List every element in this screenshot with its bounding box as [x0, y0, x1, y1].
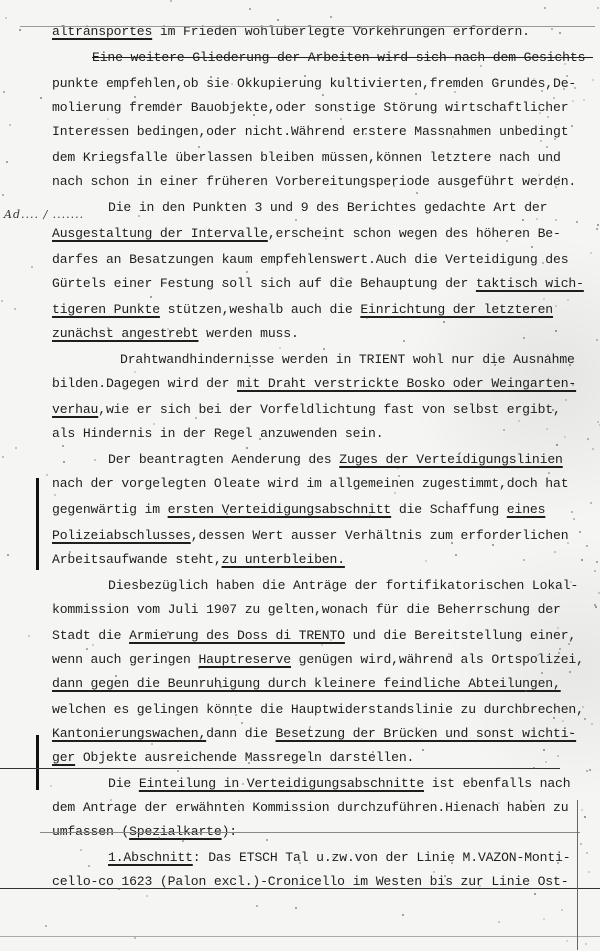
underlined-text: zu unterbleiben. [222, 552, 345, 567]
scan-speck [503, 429, 505, 431]
scan-speck [14, 308, 16, 310]
scan-speck [533, 78, 535, 80]
text-segment: und die Bereitstellung einer, [345, 628, 576, 643]
scan-speck [7, 554, 9, 556]
scan-speck [498, 921, 500, 923]
text-line: Interessen bedingen,oder nicht.Während e… [52, 124, 568, 140]
scan-speck [569, 364, 571, 366]
scan-speck [246, 447, 248, 449]
scan-speck [62, 445, 64, 447]
text-segment: Drahtwandhindernisse werden in TRIENT wo… [120, 352, 575, 367]
scan-speck [246, 271, 248, 273]
text-line: gegenwärtig im ersten Verteidigungsabsch… [52, 502, 545, 518]
scan-speck [265, 85, 267, 87]
scan-speck [559, 648, 561, 650]
scan-speck [531, 246, 533, 248]
scan-speck [596, 339, 598, 341]
scan-speck [523, 559, 525, 561]
scan-speck [421, 728, 423, 730]
text-line: molierung fremder Bauobjekte,oder sonsti… [52, 100, 568, 116]
scan-speck [451, 862, 453, 864]
scan-speck [295, 219, 297, 221]
scan-speck [597, 421, 599, 423]
scan-speck [581, 809, 583, 811]
scan-speck [558, 652, 560, 654]
underlined-text: ersten Verteidigungsabschnitt [168, 502, 392, 517]
scan-speck [92, 644, 94, 646]
text-segment: Arbeitsaufwande steht, [52, 552, 222, 567]
text-line: nach schon in einer früheren Vorbereitun… [52, 174, 576, 190]
scan-speck [394, 492, 396, 494]
text-line: Diesbezüglich haben die Anträge der fort… [108, 578, 578, 594]
text-line: Eine weitere Gliederung der Arbeiten wir… [92, 50, 593, 66]
scan-speck [559, 32, 561, 34]
document-page: altransportes im Frieden wohlüberlegte V… [0, 0, 600, 951]
scan-speck [543, 803, 545, 805]
scan-speck [82, 157, 84, 159]
scan-speck [238, 800, 240, 802]
scan-speck [584, 718, 586, 720]
scan-speck [580, 843, 582, 845]
scan-speck [63, 461, 65, 463]
scan-speck [545, 761, 547, 763]
scan-speck [534, 893, 536, 895]
scan-speck [277, 19, 279, 21]
scan-speck [594, 570, 596, 572]
scan-speck [541, 672, 543, 674]
scan-speck [573, 518, 575, 520]
scan-speck [433, 871, 435, 873]
text-line: Gürtels einer Festung soll sich auf die … [52, 276, 584, 292]
text-segment: ist ebenfalls nach [424, 776, 570, 791]
scan-speck [567, 542, 569, 544]
scan-speck [40, 97, 42, 99]
underlined-text: ger [52, 750, 75, 765]
scan-rule [40, 832, 580, 833]
scan-speck [587, 438, 589, 440]
scan-speck [557, 755, 559, 757]
scan-speck [195, 417, 197, 419]
text-line: Ausgestaltung der Intervalle,erscheint s… [52, 226, 561, 242]
scan-speck [256, 905, 258, 907]
scan-speck [451, 542, 453, 544]
handwritten-margin-note: Ad.... / ....... [4, 208, 84, 221]
scan-speck [31, 266, 33, 268]
scan-speck [539, 112, 541, 114]
scan-speck [330, 16, 332, 18]
scan-speck [1, 300, 3, 302]
text-segment: Die in den Punkten 3 und 9 des Berichtes… [108, 200, 547, 215]
scan-speck [525, 690, 527, 692]
underlined-text: eines [507, 502, 546, 517]
scan-speck [591, 723, 593, 725]
scan-speck [342, 278, 344, 280]
scan-speck [235, 714, 237, 716]
scan-rule [0, 768, 560, 769]
scan-speck [555, 219, 557, 221]
scan-speck [88, 865, 90, 867]
scan-speck [554, 138, 556, 140]
scan-speck [134, 371, 136, 373]
margin-bar [36, 735, 39, 790]
text-line: verhau,wie er sich bei der Vorfeldlichtu… [52, 402, 561, 418]
scan-speck [595, 606, 597, 608]
text-segment: Gürtels einer Festung soll sich auf die … [52, 276, 476, 291]
scan-speck [556, 444, 558, 446]
text-segment: dem Antrage der erwähnten Kommission dur… [52, 800, 568, 815]
scan-speck [588, 871, 590, 873]
scan-speck [592, 79, 594, 81]
scan-speck [150, 296, 152, 298]
underlined-text: Einrichtung der letzteren [360, 302, 553, 317]
scan-rule [20, 26, 595, 27]
scan-speck [583, 99, 585, 101]
text-segment: ,dessen Wert ausser Verhältnis zum erfor… [191, 528, 569, 543]
text-segment: darfes an Besatzungen kaum empfehlenswer… [52, 252, 568, 267]
text-line: Die in den Punkten 3 und 9 des Berichtes… [108, 200, 547, 216]
scan-speck [110, 799, 112, 801]
text-line: dann gegen die Beunruhigung durch kleine… [52, 676, 561, 692]
scan-speck [325, 238, 327, 240]
scan-speck [558, 176, 560, 178]
scan-speck [415, 93, 417, 95]
scan-speck [198, 146, 200, 148]
underlined-text: 1.Abschnitt [108, 850, 193, 865]
text-segment: nach schon in einer früheren Vorbereitun… [52, 174, 576, 189]
scan-speck [553, 97, 555, 99]
underlined-text: Ausgestaltung der Intervalle [52, 226, 268, 241]
scan-speck [69, 551, 71, 553]
scan-speck [546, 146, 548, 148]
scan-speck [570, 581, 572, 583]
scan-speck [52, 384, 54, 386]
scan-speck [425, 560, 427, 562]
text-segment: wenn auch geringen [52, 652, 198, 667]
text-line: Der beantragten Aenderung des Zuges der … [108, 452, 563, 468]
scan-speck [403, 340, 405, 342]
scan-speck [567, 299, 569, 301]
scan-speck [546, 428, 548, 430]
scan-speck [5, 17, 7, 19]
text-line: Kantonierungswachen,dann die Besetzung d… [52, 726, 576, 742]
scan-speck [592, 448, 594, 450]
scan-speck [249, 365, 251, 367]
scan-speck [94, 459, 96, 461]
scan-speck [402, 914, 404, 916]
scan-speck [579, 531, 581, 533]
text-segment: molierung fremder Bauobjekte,oder sonsti… [52, 100, 568, 115]
scan-speck [340, 118, 342, 120]
scan-speck [547, 116, 549, 118]
scan-speck [547, 707, 549, 709]
scan-speck [397, 467, 399, 469]
scan-speck [158, 837, 160, 839]
scan-speck [422, 749, 424, 751]
scan-speck [572, 100, 574, 102]
scan-speck [253, 114, 255, 116]
text-line: Arbeitsaufwande steht,zu unterbleiben. [52, 552, 345, 568]
scan-speck [80, 849, 82, 851]
underlined-text: Armierung des Doss di TRENTO [129, 628, 345, 643]
scan-speck [2, 194, 4, 196]
text-segment: Interessen bedingen,oder nicht.Während e… [52, 124, 568, 139]
scan-speck [548, 657, 550, 659]
text-segment: stützen,weshalb auch die [160, 302, 360, 317]
scan-speck [249, 8, 251, 10]
scan-speck [585, 943, 587, 945]
underlined-text: Hauptreserve [198, 652, 291, 667]
scan-rule [0, 936, 600, 937]
scan-speck [86, 648, 88, 650]
text-segment: Stadt die [52, 628, 129, 643]
scan-speck [536, 218, 538, 220]
scan-speck [586, 852, 588, 854]
underlined-text: verhau [52, 402, 98, 417]
text-line: tigeren Punkte stützen,weshalb auch die … [52, 302, 553, 318]
scan-speck [596, 561, 598, 563]
scan-speck [555, 305, 557, 307]
scan-speck [134, 937, 136, 939]
scan-speck [163, 562, 165, 564]
scan-speck [19, 29, 21, 31]
scan-speck [564, 436, 566, 438]
scan-speck [443, 321, 445, 323]
scan-speck [576, 221, 578, 223]
scan-speck [554, 551, 556, 553]
scan-speck [564, 63, 566, 65]
underlined-text: Einteilung in Verteidigungsabschnitte [139, 776, 424, 791]
scan-speck [3, 91, 5, 93]
scan-speck [590, 252, 592, 254]
text-segment: gegenwärtig im [52, 502, 168, 517]
text-segment: Objekte ausreichende Massregeln darstell… [75, 750, 414, 765]
scan-speck [177, 770, 179, 772]
text-line: dem Antrage der erwähnten Kommission dur… [52, 800, 568, 816]
scan-speck [557, 627, 559, 629]
scan-speck [589, 769, 591, 771]
scan-speck [523, 337, 525, 339]
margin-bar [36, 478, 39, 570]
text-line: ger Objekte ausreichende Massregeln dars… [52, 750, 414, 766]
scan-speck [494, 364, 496, 366]
scan-speck [492, 544, 494, 546]
scan-speck [86, 25, 88, 27]
scan-speck [416, 192, 418, 194]
scan-speck [565, 399, 567, 401]
text-segment: Der beantragten Aenderung des [108, 452, 339, 467]
text-segment: Diesbezüglich haben die Anträge der fort… [108, 578, 578, 593]
text-segment: cello-co 1623 (Palon excl.)-Cronicello i… [52, 874, 568, 889]
scan-speck [60, 84, 62, 86]
scan-speck [170, 0, 172, 2]
text-line: Stadt die Armierung des Doss di TRENTO u… [52, 628, 576, 644]
scan-speck [454, 91, 456, 93]
scan-speck [95, 533, 97, 535]
scan-speck [548, 472, 550, 474]
scan-speck [322, 94, 324, 96]
scan-speck [50, 785, 52, 787]
scan-speck [9, 124, 11, 126]
scan-speck [231, 83, 233, 85]
scan-speck [15, 447, 17, 449]
text-line: Drahtwandhindernisse werden in TRIENT wo… [120, 352, 575, 368]
text-segment: punkte empfehlen,ob sie Okkupierung kult… [52, 76, 576, 91]
scan-speck [241, 722, 243, 724]
scan-speck [366, 317, 368, 319]
scan-speck [540, 140, 542, 142]
scan-speck [590, 502, 592, 504]
text-line: punkte empfehlen,ob sie Okkupierung kult… [52, 76, 576, 92]
text-line: bilden.Dagegen wird der mit Draht verstr… [52, 376, 576, 392]
scan-speck [522, 219, 524, 221]
text-segment: werden muss. [198, 326, 298, 341]
scan-speck [568, 643, 570, 645]
scan-speck [210, 76, 212, 78]
scan-speck [259, 438, 261, 440]
scan-speck [279, 347, 281, 349]
underlined-text: Zuges der Verteidigungslinien [339, 452, 563, 467]
text-segment: dem Kriegsfalle überlassen bleiben müsse… [52, 150, 561, 165]
scan-speck [178, 758, 180, 760]
text-line: 1.Abschnitt: Das ETSCH Tal u.zw.von der … [108, 850, 570, 866]
text-segment: nach der vorgelegten Oleate wird im allg… [52, 476, 568, 491]
scan-speck [107, 118, 109, 120]
scan-speck [569, 671, 571, 673]
scan-speck [586, 770, 588, 772]
scan-speck [557, 862, 559, 864]
scan-speck [571, 511, 573, 513]
scan-speck [543, 918, 545, 920]
scan-speck [207, 236, 209, 238]
text-line: wenn auch geringen Hauptreserve genügen … [52, 652, 584, 668]
scan-speck [46, 474, 48, 476]
scan-speck [555, 330, 557, 332]
scan-speck [566, 75, 568, 77]
scan-speck [182, 840, 184, 842]
scan-speck [552, 409, 554, 411]
scan-speck [538, 174, 540, 176]
scan-speck [28, 635, 30, 637]
scan-speck [304, 75, 306, 77]
scan-speck [138, 215, 140, 217]
text-line: Polizeiabschlusses,dessen Wert ausser Ve… [52, 528, 568, 544]
scan-speck [393, 185, 395, 187]
struck-text: Eine weitere Gliederung der Arbeiten wir… [92, 50, 593, 65]
scan-speck [542, 262, 544, 264]
scan-speck [543, 749, 545, 751]
scan-speck [544, 7, 546, 9]
text-segment: ,erscheint schon wegen des höheren Be- [268, 226, 561, 241]
scan-speck [192, 28, 194, 30]
scan-speck [444, 875, 446, 877]
scan-speck [518, 420, 520, 422]
scan-speck [532, 58, 534, 60]
text-segment: genügen wird,während als Ortspolizei, [291, 652, 584, 667]
scan-speck [365, 133, 367, 135]
scan-speck [566, 85, 568, 87]
scan-speck [584, 816, 586, 818]
scan-speck [369, 514, 371, 516]
text-line: zunächst angestrebt werden muss. [52, 326, 299, 342]
scan-speck [597, 224, 599, 226]
text-line: nach der vorgelegten Oleate wird im allg… [52, 476, 568, 492]
scan-speck [146, 895, 148, 897]
scan-speck [54, 494, 56, 496]
scan-speck [597, 7, 599, 9]
scan-speck [6, 161, 8, 163]
scan-speck [551, 28, 553, 30]
scan-speck [134, 96, 136, 98]
scan-speck [45, 925, 47, 927]
scan-speck [323, 348, 325, 350]
text-line: dem Kriegsfalle überlassen bleiben müsse… [52, 150, 561, 166]
underlined-text: Kantonierungswachen, [52, 726, 206, 741]
text-line: Die Einteilung in Verteidigungsabschnitt… [108, 776, 570, 792]
text-line: darfes an Besatzungen kaum empfehlenswer… [52, 252, 568, 268]
scan-speck [571, 125, 573, 127]
text-segment: : Das ETSCH Tal u.zw.von der Linie M.VAZ… [193, 850, 571, 865]
text-segment: bilden.Dagegen wird der [52, 376, 237, 391]
edge-mark [577, 800, 578, 950]
underlined-text: zunächst angestrebt [52, 326, 198, 341]
scan-rule [0, 888, 600, 889]
text-line: kommission vom Juli 1907 zu gelten,wonac… [52, 602, 561, 618]
text-segment: kommission vom Juli 1907 zu gelten,wonac… [52, 602, 561, 617]
text-segment: welchen es gelingen könnte die Hauptwide… [52, 702, 584, 717]
scan-speck [581, 559, 583, 561]
scan-speck [543, 298, 545, 300]
underlined-text: Besetzung der Brücken und sonst wichti- [276, 726, 577, 741]
scan-speck [2, 456, 4, 458]
underlined-text: Polizeiabschlusses [52, 528, 191, 543]
scan-speck [198, 667, 200, 669]
scan-speck [151, 743, 153, 745]
scan-speck [586, 545, 588, 547]
text-segment: die Schaffung [391, 502, 507, 517]
underlined-text: dann gegen die Beunruhigung durch kleine… [52, 676, 561, 691]
scan-speck [384, 255, 386, 257]
scan-speck [295, 907, 297, 909]
text-line: welchen es gelingen könnte die Hauptwide… [52, 702, 584, 718]
scan-speck [459, 452, 461, 454]
underlined-text: tigeren Punkte [52, 302, 160, 317]
text-line: als Hindernis in der Regel anzuwenden se… [52, 426, 383, 442]
text-segment: als Hindernis in der Regel anzuwenden se… [52, 426, 383, 441]
text-segment: dann die [206, 726, 275, 741]
scan-speck [566, 940, 568, 942]
underlined-text: taktisch wich- [476, 276, 584, 291]
scan-speck [341, 81, 343, 83]
scan-speck [561, 909, 563, 911]
text-segment: Die [108, 776, 139, 791]
underlined-text: mit Draht verstrickte Bosko oder Weingar… [237, 376, 576, 391]
scan-speck [531, 710, 533, 712]
scan-speck [153, 423, 155, 425]
scan-speck [266, 839, 268, 841]
scan-speck [455, 554, 457, 556]
scan-speck [596, 228, 598, 230]
scan-speck [562, 720, 564, 722]
text-segment: ,wie er sich bei der Vorfeldlichtung fas… [98, 402, 560, 417]
